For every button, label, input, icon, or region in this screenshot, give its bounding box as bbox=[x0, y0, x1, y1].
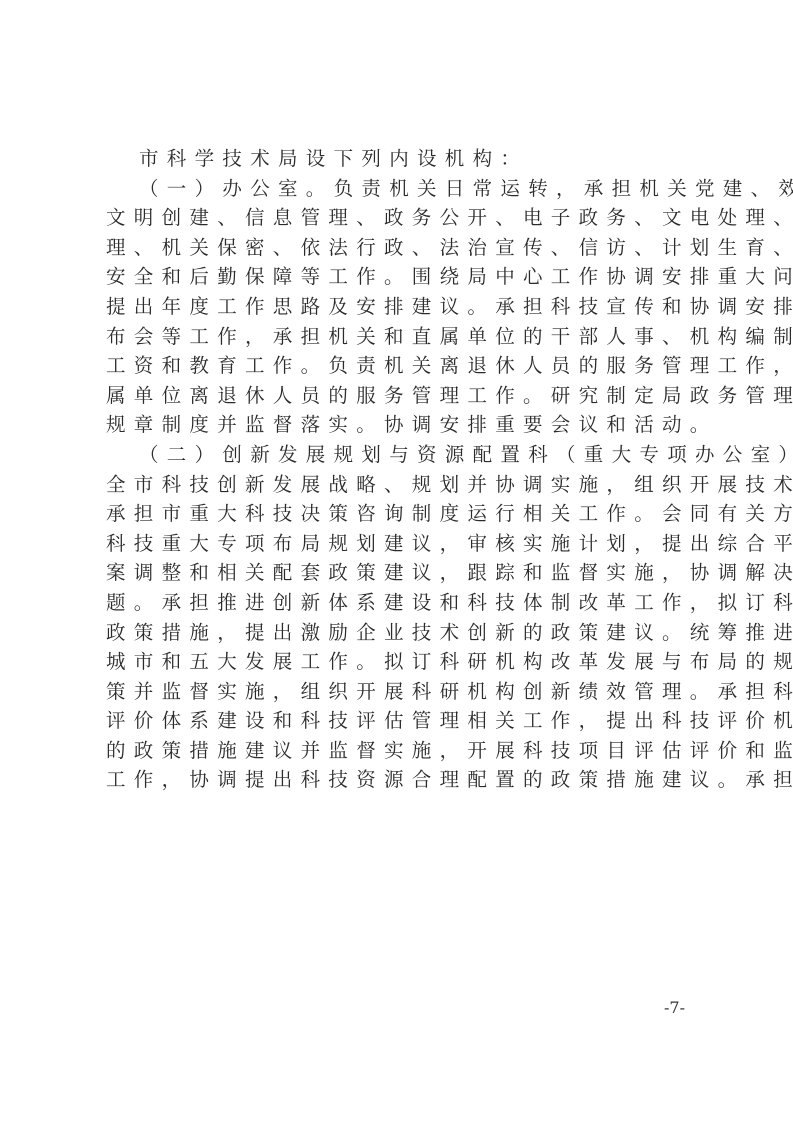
section-heading-line: （二）创新发展规划与资源配置科（重大专项办公室）。拟订 bbox=[106, 440, 706, 470]
paragraph-line: 策并监督实施，组织开展科研机构创新绩效管理。承担科技监督 bbox=[106, 677, 706, 707]
section-heading-line: （一）办公室。负责机关日常运转，承担机关党建、效能建设、 bbox=[106, 174, 706, 204]
paragraph-line: 工资和教育工作。负责机关离退休人员的服务管理工作，指导下 bbox=[106, 351, 706, 381]
paragraph-line: 规章制度并监督落实。协调安排重要会议和活动。 bbox=[106, 410, 706, 440]
paragraph-line: 城市和五大发展工作。拟订科研机构改革发展与布局的规划和政 bbox=[106, 647, 706, 677]
paragraph-line: 题。承担推进创新体系建设和科技体制改革工作，拟订科技创新 bbox=[106, 588, 706, 618]
paragraph-line: 全市科技创新发展战略、规划并协调实施，组织开展技术预测， bbox=[106, 470, 706, 500]
page-number: -7- bbox=[664, 998, 685, 1017]
paragraph-line: 工作，协调提出科技资源合理配置的政策措施建议。承担中央、 bbox=[106, 765, 706, 795]
paragraph-line: 安全和后勤保障等工作。围绕局中心工作协调安排重大问题调研， bbox=[106, 262, 706, 292]
paragraph-line: 承担市重大科技决策咨询制度运行相关工作。会同有关方面提出 bbox=[106, 499, 706, 529]
paragraph-line: 案调整和相关配套政策建议，跟踪和监督实施，协调解决重大问 bbox=[106, 558, 706, 588]
intro-line: 市科学技术局设下列内设机构： bbox=[106, 144, 706, 174]
paragraph-line: 布会等工作，承担机关和直属单位的干部人事、机构编制、劳动 bbox=[106, 322, 706, 352]
section-office: （一）办公室。负责机关日常运转，承担机关党建、效能建设、 文明创建、信息管理、政… bbox=[106, 174, 706, 440]
section-innovation-planning: （二）创新发展规划与资源配置科（重大专项办公室）。拟订 全市科技创新发展战略、规… bbox=[106, 440, 706, 795]
paragraph-line: 科技重大专项布局规划建议，审核实施计划，提出综合平衡、方 bbox=[106, 529, 706, 559]
paragraph-line: 政策措施，提出激励企业技术创新的政策建议。统筹推进创新型 bbox=[106, 618, 706, 648]
paragraph-line: 文明创建、信息管理、政务公开、电子政务、文电处理、综合治 bbox=[106, 203, 706, 233]
paragraph-line: 的政策措施建议并监督实施，开展科技项目评估评价和监督检查 bbox=[106, 736, 706, 766]
paragraph-line: 评价体系建设和科技评估管理相关工作，提出科技评价机制改革 bbox=[106, 706, 706, 736]
paragraph-line: 理、机关保密、依法行政、法治宣传、信访、计划生育、关工委、 bbox=[106, 233, 706, 263]
paragraph-line: 提出年度工作思路及安排建议。承担科技宣传和协调安排新闻发 bbox=[106, 292, 706, 322]
paragraph-line: 属单位离退休人员的服务管理工作。研究制定局政务管理的相关 bbox=[106, 381, 706, 411]
document-body: 市科学技术局设下列内设机构： （一）办公室。负责机关日常运转，承担机关党建、效能… bbox=[106, 144, 706, 795]
